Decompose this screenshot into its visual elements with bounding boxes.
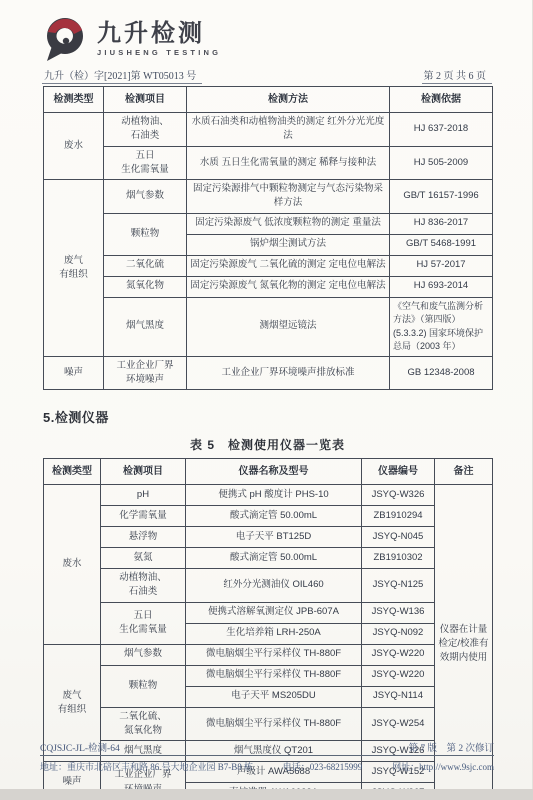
table-row: 颗粒物 微电脑烟尘平行采样仪 TH-880F JSYQ-W220 — [44, 665, 493, 686]
cell-basis: GB/T 5468-1991 — [390, 234, 493, 255]
cell-basis: GB/T 16157-1996 — [390, 180, 493, 214]
col-header-method: 检测方法 — [187, 87, 390, 113]
table-row: 废气 有组织 烟气参数 微电脑烟尘平行采样仪 TH-880F JSYQ-W220 — [44, 644, 493, 665]
footer-revision-line: CQJSJC-JL-检测-64 第 7 版 第 2 次修订 — [40, 740, 494, 756]
cell-method: 锅炉烟尘测试方法 — [187, 234, 390, 255]
page-indicator: 第 2 页 共 6 页 — [422, 67, 493, 84]
company-name-en: JIUSHENG TESTING — [97, 48, 221, 57]
cell-instrument-number: JSYQ-W136 — [362, 602, 435, 623]
document-meta-line: 九升（检）字[2021]第 WT05013 号 第 2 页 共 6 页 — [42, 67, 492, 84]
cell-basis: HJ 836-2017 — [390, 213, 493, 234]
table-row: 化学需氧量 酸式滴定管 50.00mL ZB1910294 — [44, 506, 493, 527]
cell-instrument-number: JSYQ-W220 — [362, 665, 435, 686]
cell-test-item: 工业企业厂界 环境噪声 — [104, 356, 187, 390]
cell-instrument-number: ZB1910302 — [362, 548, 435, 569]
col-header-remark: 备注 — [435, 459, 493, 485]
cell-test-item: 五日 生化需氧量 — [101, 602, 186, 644]
table-row: 氨氮 酸式滴定管 50.00mL ZB1910302 — [44, 548, 493, 569]
cell-instrument-number: JSYQ-N114 — [362, 686, 435, 707]
company-logo: 九升检测 JIUSHENG TESTING — [42, 14, 492, 64]
cell-test-item: 烟气参数 — [104, 180, 187, 214]
logo-text: 九升检测 JIUSHENG TESTING — [97, 21, 221, 57]
cell-test-item: 悬浮物 — [101, 527, 186, 548]
cell-basis: HJ 693-2014 — [390, 276, 493, 297]
cell-test-item: 二氧化硫、 氮氧化物 — [101, 707, 186, 741]
cell-instrument-number: JSYQ-N125 — [362, 569, 435, 603]
cell-test-type: 废水 — [44, 113, 104, 180]
page-header: 九升检测 JIUSHENG TESTING 九升（检）字[2021]第 WT05… — [0, 0, 532, 84]
cell-basis: HJ 505-2009 — [390, 146, 493, 180]
cell-instrument: 生化培养箱 LRH-250A — [186, 623, 362, 644]
col-header-test-item: 检测项目 — [101, 459, 186, 485]
cell-instrument: 红外分光测油仪 OIL460 — [186, 569, 362, 603]
doc-number: 九升（检）字[2021]第 WT05013 号 — [42, 67, 202, 84]
cell-method: 固定污染源废气 氮氧化物的测定 定电位电解法 — [187, 276, 390, 297]
cell-instrument: 微电脑烟尘平行采样仪 TH-880F — [186, 707, 362, 741]
cell-test-item: 二氧化硫 — [104, 255, 187, 276]
col-header-test-item: 检测项目 — [104, 87, 187, 113]
cell-instrument: 便携式 pH 酸度计 PHS-10 — [186, 485, 362, 506]
cell-method: 水质 五日生化需氧量的测定 稀释与接种法 — [187, 146, 390, 180]
cell-instrument-number: JSYQ-N092 — [362, 623, 435, 644]
cell-instrument: 声校准器 AWA6022A — [186, 783, 362, 790]
footer-doc-code: CQJSJC-JL-检测-64 — [40, 740, 120, 754]
cell-test-item: 氨氮 — [101, 548, 186, 569]
table-row: 二氧化硫、 氮氧化物 微电脑烟尘平行采样仪 TH-880F JSYQ-W254 — [44, 707, 493, 741]
cell-instrument-number: ZB1910294 — [362, 506, 435, 527]
cell-instrument: 微电脑烟尘平行采样仪 TH-880F — [186, 665, 362, 686]
cell-method: 工业企业厂界环境噪声排放标准 — [187, 356, 390, 390]
cell-method: 固定污染源废气 低浓度颗粒物的测定 重量法 — [187, 213, 390, 234]
col-header-test-type: 检测类型 — [44, 87, 104, 113]
methods-table: 检测类型 检测项目 检测方法 检测依据 废水 动植物油、 石油类 水质石油类和动… — [43, 86, 493, 390]
report-page: 九升检测 JIUSHENG TESTING 九升（检）字[2021]第 WT05… — [0, 0, 533, 789]
footer-website: 网址：http://www.9sjc.com — [392, 760, 494, 773]
cell-test-item: 烟气参数 — [101, 644, 186, 665]
footer-revision: 第 7 版 第 2 次修订 — [408, 740, 494, 754]
jiusheng-logo-icon — [42, 14, 88, 64]
cell-instrument: 微电脑烟尘平行采样仪 TH-880F — [186, 644, 362, 665]
company-name-cn: 九升检测 — [97, 21, 221, 46]
section-heading: 5.检测仪器 — [43, 407, 532, 426]
cell-test-type: 噪声 — [44, 356, 104, 390]
col-header-basis: 检测依据 — [390, 87, 493, 113]
cell-test-item: 动植物油、 石油类 — [104, 113, 187, 147]
instruments-table-header-row: 检测类型 检测项目 仪器名称及型号 仪器编号 备注 — [44, 459, 493, 485]
cell-instrument-number: JSYQ-W254 — [362, 707, 435, 741]
methods-table-header-row: 检测类型 检测项目 检测方法 检测依据 — [44, 87, 493, 113]
table-row: 动植物油、 石油类 红外分光测油仪 OIL460 JSYQ-N125 — [44, 569, 493, 603]
cell-instrument: 便携式溶解氧测定仪 JPB-607A — [186, 602, 362, 623]
table-row: 废气 有组织 烟气参数 固定污染源排气中颗粒物测定与气态污染物采样方法 GB/T… — [44, 180, 493, 214]
col-header-instrument-number: 仪器编号 — [362, 459, 435, 485]
cell-instrument: 电子天平 MS205DU — [186, 686, 362, 707]
cell-test-item: 氮氧化物 — [104, 276, 187, 297]
cell-method: 固定污染源废气 二氧化硫的测定 定电位电解法 — [187, 255, 390, 276]
table-row: 烟气黑度 测烟望远镜法 《空气和废气监测分析方法》（第四版）(5.3.3.2) … — [44, 297, 493, 356]
table5-caption: 表 5 检测使用仪器一览表 — [43, 436, 492, 453]
table-row: 噪声 工业企业厂界 环境噪声 工业企业厂界环境噪声排放标准 GB 12348-2… — [44, 356, 493, 390]
cell-test-item: 五日 生化需氧量 — [104, 146, 187, 180]
cell-instrument: 酸式滴定管 50.00mL — [186, 548, 362, 569]
table-row: 五日 生化需氧量 水质 五日生化需氧量的测定 稀释与接种法 HJ 505-200… — [44, 146, 493, 180]
table-row: 颗粒物 固定污染源废气 低浓度颗粒物的测定 重量法 HJ 836-2017 — [44, 213, 493, 234]
table-row: 二氧化硫 固定污染源废气 二氧化硫的测定 定电位电解法 HJ 57-2017 — [44, 255, 493, 276]
cell-basis: HJ 637-2018 — [390, 113, 493, 147]
table-row: 氮氧化物 固定污染源废气 氮氧化物的测定 定电位电解法 HJ 693-2014 — [44, 276, 493, 297]
cell-test-item: 颗粒物 — [104, 213, 187, 255]
cell-method: 固定污染源排气中颗粒物测定与气态污染物采样方法 — [187, 180, 390, 214]
cell-instrument-number: JSYQ-N045 — [362, 527, 435, 548]
table-row: 废水 pH 便携式 pH 酸度计 PHS-10 JSYQ-W326 仪器在计量检… — [44, 485, 493, 506]
cell-basis: GB 12348-2008 — [390, 356, 493, 390]
table-row: 悬浮物 电子天平 BT125D JSYQ-N045 — [44, 527, 493, 548]
footer-contact-line: 地址：重庆市北碚区丰和路 86 号大地企业园 B7-B8 栋 电话：023-68… — [40, 760, 494, 773]
footer-address: 地址：重庆市北碚区丰和路 86 号大地企业园 B7-B8 栋 — [40, 760, 253, 773]
cell-instrument: 酸式滴定管 50.00mL — [186, 506, 362, 527]
cell-basis: 《空气和废气监测分析方法》（第四版）(5.3.3.2) 国家环境保护总局（200… — [390, 297, 493, 356]
cell-instrument-number: JSYQ-W267 — [362, 783, 435, 790]
col-header-instrument: 仪器名称及型号 — [186, 459, 362, 485]
cell-test-type: 废水 — [44, 485, 101, 645]
cell-test-item: 动植物油、 石油类 — [101, 569, 186, 603]
cell-method: 测烟望远镜法 — [187, 297, 390, 356]
cell-test-item: pH — [101, 485, 186, 506]
cell-instrument-number: JSYQ-W220 — [362, 644, 435, 665]
cell-test-item: 烟气黑度 — [104, 297, 187, 356]
cell-instrument: 电子天平 BT125D — [186, 527, 362, 548]
table-row: 废水 动植物油、 石油类 水质石油类和动植物油类的测定 红外分光光度法 HJ 6… — [44, 113, 493, 147]
cell-instrument-number: JSYQ-W326 — [362, 485, 435, 506]
cell-test-item: 化学需氧量 — [101, 506, 186, 527]
footer-phone: 电话：023-68215999 — [283, 760, 363, 773]
cell-basis: HJ 57-2017 — [390, 255, 493, 276]
cell-test-type: 废气 有组织 — [44, 180, 104, 357]
page-footer: CQJSJC-JL-检测-64 第 7 版 第 2 次修订 地址：重庆市北碚区丰… — [40, 740, 494, 773]
cell-test-item: 颗粒物 — [101, 665, 186, 707]
col-header-test-type: 检测类型 — [44, 459, 101, 485]
cell-method: 水质石油类和动植物油类的测定 红外分光光度法 — [187, 113, 390, 147]
table-row: 五日 生化需氧量 便携式溶解氧测定仪 JPB-607A JSYQ-W136 — [44, 602, 493, 623]
